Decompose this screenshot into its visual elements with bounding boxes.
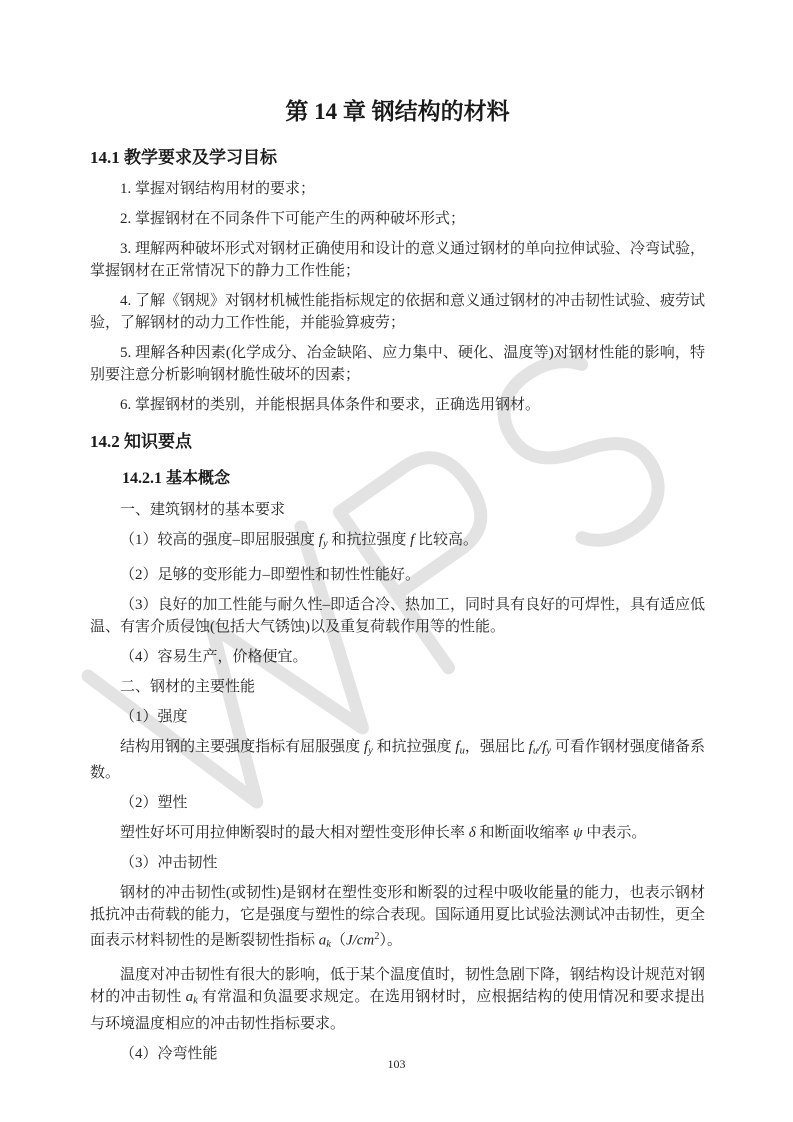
requirement-item-2: （2）足够的变形能力–即塑性和韧性性能好。 (90, 564, 705, 586)
objective-item-2: 2. 掌握钢材在不同条件下可能产生的两种破坏形式； (90, 208, 705, 230)
document-content: 第 14 章 钢结构的材料 14.1 教学要求及学习目标 1. 掌握对钢结构用材… (0, 0, 793, 1065)
requirement-item-1: （1）较高的强度–即屈服强度 fy 和抗拉强度 f 比较高。 (90, 529, 705, 556)
property-heading-impact-toughness: （3）冲击韧性 (90, 852, 705, 874)
chapter-title: 第 14 章 钢结构的材料 (90, 96, 705, 128)
property-heading-strength: （1）强度 (90, 706, 705, 728)
objective-item-3: 3. 理解两种破坏形式对钢材正确使用和设计的意义通过钢材的单向拉伸试验、冷弯试验… (90, 238, 705, 282)
requirement-item-3: （3）良好的加工性能与耐久性–即适合冷、热加工，同时具有良好的可焊性，具有适应低… (90, 594, 705, 638)
impact-toughness-paragraph-1: 钢材的冲击韧性(或韧性)是钢材在塑性变形和断裂的过程中吸收能量的能力，也表示钢材… (90, 882, 705, 956)
section-heading-14-1: 14.1 教学要求及学习目标 (90, 146, 705, 170)
strength-paragraph: 结构用钢的主要强度指标有屈服强度 fy 和抗拉强度 fu，强屈比 fu/fy 可… (90, 736, 705, 785)
impact-toughness-paragraph-2: 温度对冲击韧性有很大的影响，低于某个温度值时，韧性急剧下降，钢结构设计规范对钢材… (90, 964, 705, 1035)
list-heading-main-properties: 二、钢材的主要性能 (90, 676, 705, 698)
requirement-item-4: （4）容易生产，价格便宜。 (90, 646, 705, 668)
objective-item-5: 5. 理解各种因素(化学成分、冶金缺陷、应力集中、硬化、温度等)对钢材性能的影响… (90, 342, 705, 386)
page-number: 103 (0, 1057, 793, 1072)
property-heading-plasticity: （2）塑性 (90, 792, 705, 814)
subsection-heading-14-2-1: 14.2.1 基本概念 (122, 467, 705, 491)
document-page: 第 14 章 钢结构的材料 14.1 教学要求及学习目标 1. 掌握对钢结构用材… (0, 0, 793, 1122)
objective-item-6: 6. 掌握钢材的类别，并能根据具体条件和要求，正确选用钢材。 (90, 394, 705, 416)
objective-item-1: 1. 掌握对钢结构用材的要求； (90, 178, 705, 200)
objective-item-4: 4. 了解《钢规》对钢材机械性能指标规定的依据和意义通过钢材的冲击韧性试验、疲劳… (90, 290, 705, 334)
section-heading-14-2: 14.2 知识要点 (90, 430, 705, 454)
list-heading-basic-requirements: 一、建筑钢材的基本要求 (90, 499, 705, 521)
plasticity-paragraph: 塑性好坏可用拉伸断裂时的最大相对塑性变形伸长率 δ 和断面收缩率 ψ 中表示。 (90, 822, 705, 844)
